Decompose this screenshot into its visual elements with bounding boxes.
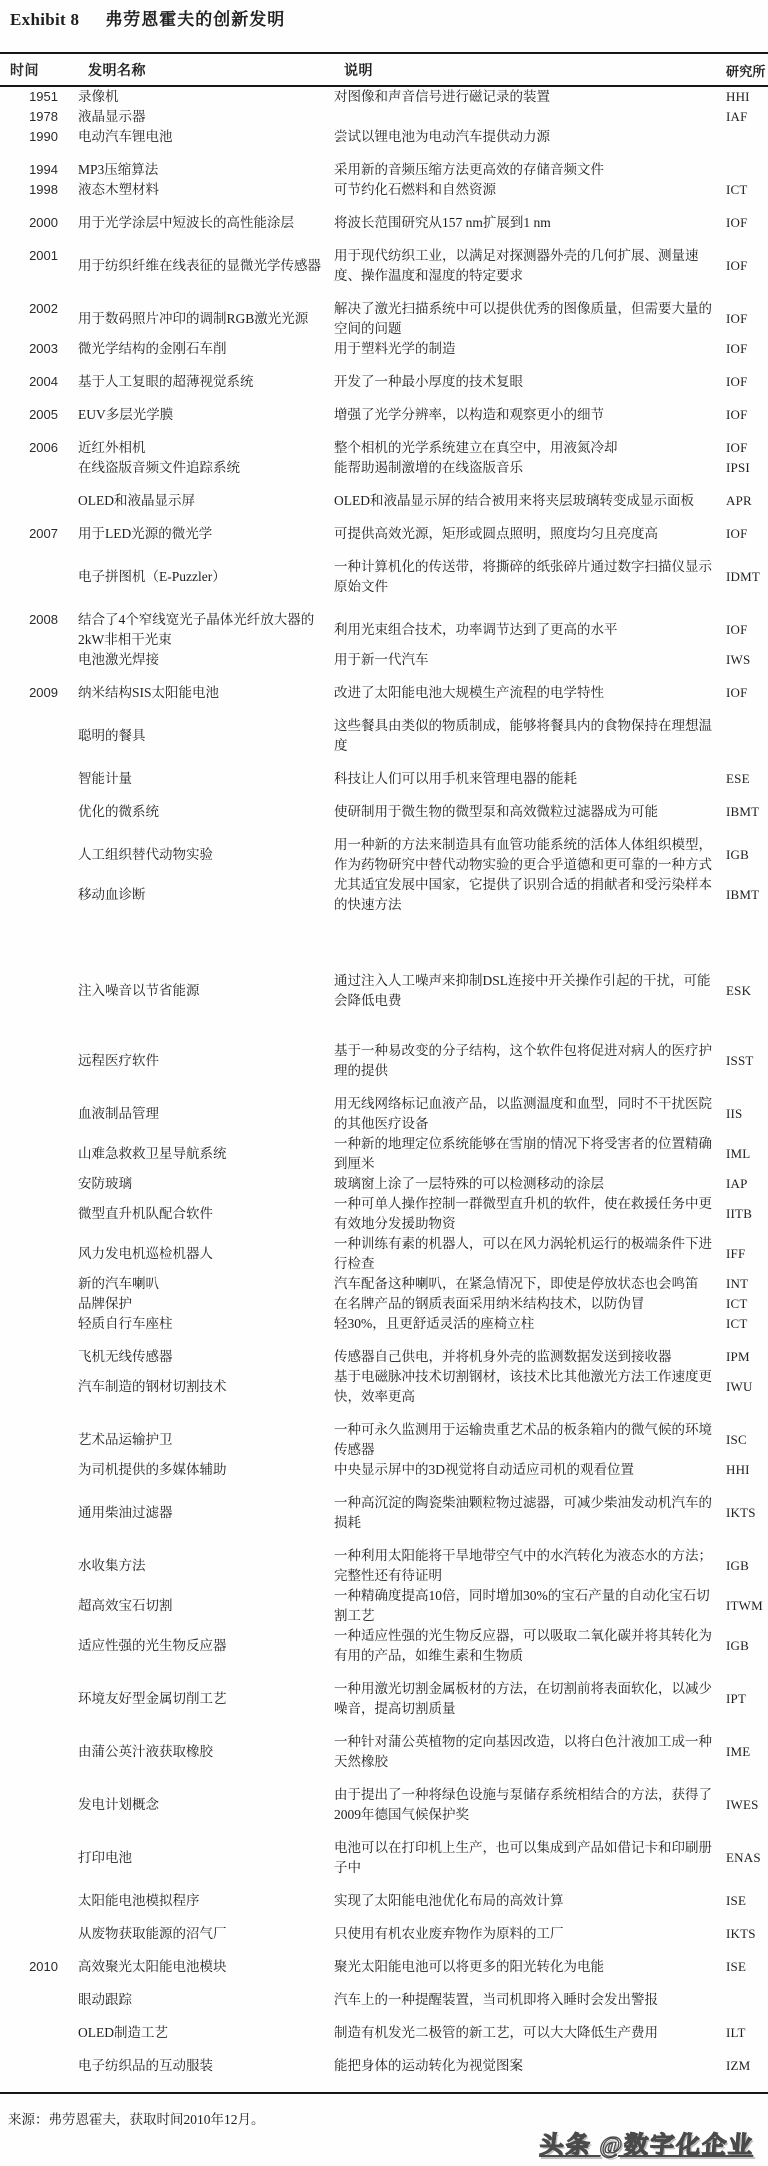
cell-institute: ICT xyxy=(726,1294,768,1314)
table-row: 飞机无线传感器传感器自己供电，并将机身外壳的监测数据发送到接收器IPM xyxy=(0,1347,768,1367)
table-row: 2008结合了4个窄线宽光子晶体光纤放大器的2kW非相干光束利用光束组合技术，功… xyxy=(0,610,768,650)
cell-invention-name: 从废物获取能源的沼气厂 xyxy=(78,1924,326,1944)
table-row: 轻质自行车座柱轻30%，且更舒适灵活的座椅立柱ICT xyxy=(0,1314,768,1334)
table-row: 优化的微系统使研制用于微生物的微型泵和高效微粒过滤器成为可能IBMT xyxy=(0,802,768,822)
cell-description: 一种精确度提高10倍，同时增加30%的宝石产量的自动化宝石切割工艺 xyxy=(334,1586,720,1626)
header-description: 说明 xyxy=(344,60,720,80)
table-row: 电子拼图机（E-Puzzler）一种计算机化的传送带，将撕碎的纸张碎片通过数字扫… xyxy=(0,557,768,597)
cell-institute: IWS xyxy=(726,650,768,670)
cell-invention-name: 优化的微系统 xyxy=(78,802,326,822)
cell-description: 开发了一种最小厚度的技术复眼 xyxy=(334,372,720,392)
table-row: 1951录像机对图像和声音信号进行磁记录的装置HHI xyxy=(0,87,768,107)
cell-year: 2002 xyxy=(0,299,58,319)
cell-invention-name: 基于人工复眼的超薄视觉系统 xyxy=(78,372,326,392)
watermark: 头条 @数字化企业 xyxy=(538,2125,755,2160)
table-row: 打印电池电池可以在打印机上生产，也可以集成到产品如借记卡和印刷册子中ENAS xyxy=(0,1838,768,1878)
cell-description: 一种可单人操作控制一群微型直升机的软件，使在救援任务中更有效地分发援助物资 xyxy=(334,1194,720,1234)
table-row: 在线盗版音频文件追踪系统能帮助遏制激增的在线盗版音乐IPSI xyxy=(0,458,768,478)
cell-description: 用于现代纺织工业，以满足对探测器外壳的几何扩展、测量速度、操作温度和湿度的特定要… xyxy=(334,246,720,286)
cell-institute: IIS xyxy=(726,1104,768,1124)
cell-institute: ENAS xyxy=(726,1848,768,1868)
cell-institute: ICT xyxy=(726,180,768,200)
table-row: OLED和液晶显示屏OLED和液晶显示屏的结合被用来将夹层玻璃转变成显示面板AP… xyxy=(0,491,768,511)
cell-institute: IWES xyxy=(726,1795,768,1815)
cell-year: 2004 xyxy=(0,372,58,392)
cell-invention-name: 为司机提供的多媒体辅助 xyxy=(78,1460,326,1480)
cell-year: 2000 xyxy=(0,213,58,233)
cell-description: 用于塑料光学的制造 xyxy=(334,339,720,359)
table-body: 1951录像机对图像和声音信号进行磁记录的装置HHI1978液晶显示器IAF19… xyxy=(0,87,768,2076)
table-row: 太阳能电池模拟程序实现了太阳能电池优化布局的高效计算ISE xyxy=(0,1891,768,1911)
table-row: 2001用于纺织纤维在线表征的显微光学传感器用于现代纺织工业，以满足对探测器外壳… xyxy=(0,246,768,286)
cell-description: 这些餐具由类似的物质制成，能够将餐具内的食物保持在理想温度 xyxy=(334,716,720,756)
cell-description: 将波长范围研究从157 nm扩展到1 nm xyxy=(334,213,720,233)
cell-invention-name: 微型直升机队配合软件 xyxy=(78,1204,326,1224)
cell-invention-name: 远程医疗软件 xyxy=(78,1051,326,1071)
cell-description: 聚光太阳能电池可以将更多的阳光转化为电能 xyxy=(334,1957,720,1977)
cell-description: 可提供高效光源，矩形或圆点照明，照度均匀且亮度高 xyxy=(334,524,720,544)
cell-invention-name: 适应性强的光生物反应器 xyxy=(78,1636,326,1656)
cell-institute: IZM xyxy=(726,2056,768,2076)
cell-institute: IKTS xyxy=(726,1503,768,1523)
cell-invention-name: 用于光学涂层中短波长的高性能涂层 xyxy=(78,213,326,233)
cell-institute: IOF xyxy=(726,213,768,233)
cell-invention-name: 水收集方法 xyxy=(78,1556,326,1576)
cell-invention-name: 由蒲公英汁液获取橡胶 xyxy=(78,1742,326,1762)
table-row: 电池激光焊接用于新一代汽车IWS xyxy=(0,650,768,670)
cell-description: 由于提出了一种将绿色设施与泵储存系统相结合的方法，获得了2009年德国气候保护奖 xyxy=(334,1785,720,1825)
cell-institute: ISE xyxy=(726,1957,768,1977)
table-row: 超高效宝石切割一种精确度提高10倍，同时增加30%的宝石产量的自动化宝石切割工艺… xyxy=(0,1586,768,1626)
table-row: 1994MP3压缩算法采用新的音频压缩方法更高效的存储音频文件 xyxy=(0,160,768,180)
table-row: 2010高效聚光太阳能电池模块聚光太阳能电池可以将更多的阳光转化为电能ISE xyxy=(0,1957,768,1977)
cell-invention-name: 电池激光焊接 xyxy=(78,650,326,670)
cell-institute: IPT xyxy=(726,1689,768,1709)
cell-institute: IOF xyxy=(726,339,768,359)
cell-institute: IML xyxy=(726,1144,768,1164)
cell-invention-name: 在线盗版音频文件追踪系统 xyxy=(78,458,326,478)
cell-invention-name: 结合了4个窄线宽光子晶体光纤放大器的2kW非相干光束 xyxy=(78,610,326,650)
cell-invention-name: 用于纺织纤维在线表征的显微光学传感器 xyxy=(78,256,326,276)
cell-invention-name: 近红外相机 xyxy=(78,438,326,458)
table-row: 血液制品管理用无线网络标记血液产品，以监测温度和血型，同时不干扰医院的其他医疗设… xyxy=(0,1094,768,1134)
table-row: 由蒲公英汁液获取橡胶一种针对蒲公英植物的定向基因改造，以将白色汁液加工成一种天然… xyxy=(0,1732,768,1772)
table-row: 眼动跟踪汽车上的一种提醒装置，当司机即将入睡时会发出警报 xyxy=(0,1990,768,2010)
table-row: 注入噪音以节省能源通过注入人工噪声来抑制DSL连接中开关操作引起的干扰，可能会降… xyxy=(0,971,768,1011)
source-note: 来源：弗劳恩霍夫，获取时间2010年12月。 xyxy=(0,2094,768,2128)
table-row: 通用柴油过滤器一种高沉淀的陶瓷柴油颗粒物过滤器，可减少柴油发动机汽车的损耗IKT… xyxy=(0,1493,768,1533)
cell-year: 1998 xyxy=(0,180,58,200)
cell-institute: IKTS xyxy=(726,1924,768,1944)
table-row: 风力发电机巡检机器人一种训练有素的机器人，可以在风力涡轮机运行的极端条件下进行检… xyxy=(0,1234,768,1274)
table-row: 聪明的餐具这些餐具由类似的物质制成，能够将餐具内的食物保持在理想温度 xyxy=(0,716,768,756)
cell-description: 改进了太阳能电池大规模生产流程的电学特性 xyxy=(334,683,720,703)
cell-invention-name: 发电计划概念 xyxy=(78,1795,326,1815)
cell-description: 在名牌产品的钢质表面采用纳米结构技术，以防伪冒 xyxy=(334,1294,720,1314)
cell-invention-name: 汽车制造的钢材切割技术 xyxy=(78,1377,326,1397)
cell-description: 一种高沉淀的陶瓷柴油颗粒物过滤器，可减少柴油发动机汽车的损耗 xyxy=(334,1493,720,1533)
cell-description: 尤其适宜发展中国家，它提供了识别合适的捐献者和受污染样本的快速方法 xyxy=(334,875,720,915)
cell-invention-name: 用于数码照片冲印的调制RGB激光光源 xyxy=(78,309,326,329)
cell-invention-name: 微光学结构的金刚石车削 xyxy=(78,339,326,359)
cell-year: 2010 xyxy=(0,1957,58,1977)
cell-invention-name: 高效聚光太阳能电池模块 xyxy=(78,1957,326,1977)
cell-invention-name: 新的汽车喇叭 xyxy=(78,1274,326,1294)
header-invention-name: 发明名称 xyxy=(88,60,336,80)
cell-invention-name: OLED制造工艺 xyxy=(78,2023,326,2043)
cell-institute: IOF xyxy=(726,256,768,276)
table-row: 1978液晶显示器IAF xyxy=(0,107,768,127)
cell-invention-name: 电子拼图机（E-Puzzler） xyxy=(78,567,326,587)
cell-invention-name: 超高效宝石切割 xyxy=(78,1596,326,1616)
cell-invention-name: MP3压缩算法 xyxy=(78,160,326,180)
cell-description: 汽车配备这种喇叭，在紧急情况下，即使是停放状态也会鸣笛 xyxy=(334,1274,720,1294)
cell-institute: IBMT xyxy=(726,802,768,822)
cell-invention-name: 品牌保护 xyxy=(78,1294,326,1314)
table-row: 移动血诊断尤其适宜发展中国家，它提供了识别合适的捐献者和受污染样本的快速方法IB… xyxy=(0,875,768,915)
cell-institute: IOF xyxy=(726,405,768,425)
cell-description: 利用光束组合技术，功率调节达到了更高的水平 xyxy=(334,620,720,640)
table-row: 安防玻璃玻璃窗上涂了一层特殊的可以检测移动的涂层IAP xyxy=(0,1174,768,1194)
cell-institute: ISST xyxy=(726,1051,768,1071)
cell-description: 汽车上的一种提醒装置，当司机即将入睡时会发出警报 xyxy=(334,1990,720,2010)
cell-institute: IGB xyxy=(726,1556,768,1576)
table-row: 2009纳米结构SIS太阳能电池改进了太阳能电池大规模生产流程的电学特性IOF xyxy=(0,683,768,703)
cell-institute: IOF xyxy=(726,683,768,703)
cell-invention-name: 通用柴油过滤器 xyxy=(78,1503,326,1523)
cell-institute: IOF xyxy=(726,438,768,458)
cell-description: 尝试以锂电池为电动汽车提供动力源 xyxy=(334,127,720,147)
cell-description: 一种利用太阳能将干旱地带空气中的水汽转化为液态水的方法；完整性还有待证明 xyxy=(334,1546,720,1586)
cell-year: 2006 xyxy=(0,438,58,458)
cell-year: 1990 xyxy=(0,127,58,147)
cell-description: OLED和液晶显示屏的结合被用来将夹层玻璃转变成显示面板 xyxy=(334,491,720,511)
inventions-table: 时间 发明名称 说明 研究所 1951录像机对图像和声音信号进行磁记录的装置HH… xyxy=(0,52,768,2094)
header-time: 时间 xyxy=(0,60,68,80)
cell-institute: IAF xyxy=(726,107,768,127)
cell-institute: IME xyxy=(726,1742,768,1762)
cell-description: 用一种新的方法来制造具有血管功能系统的活体人体组织模型，作为药物研究中替代动物实… xyxy=(334,835,720,875)
cell-year: 1951 xyxy=(0,87,58,107)
cell-invention-name: 血液制品管理 xyxy=(78,1104,326,1124)
table-row: 发电计划概念由于提出了一种将绿色设施与泵储存系统相结合的方法，获得了2009年德… xyxy=(0,1785,768,1825)
cell-year: 1978 xyxy=(0,107,58,127)
header-institute: 研究所 xyxy=(726,61,768,80)
cell-description: 能帮助遏制激增的在线盗版音乐 xyxy=(334,458,720,478)
cell-institute: ISC xyxy=(726,1430,768,1450)
cell-year: 2009 xyxy=(0,683,58,703)
cell-invention-name: 风力发电机巡检机器人 xyxy=(78,1244,326,1264)
cell-description: 使研制用于微生物的微型泵和高效微粒过滤器成为可能 xyxy=(334,802,720,822)
cell-description: 一种可永久监测用于运输贵重艺术品的板条箱内的微气候的环境传感器 xyxy=(334,1420,720,1460)
cell-description: 基于电磁脉冲技术切割钢材，该技术比其他激光方法工作速度更快，效率更高 xyxy=(334,1367,720,1407)
table-row: 智能计量科技让人们可以用手机来管理电器的能耗ESE xyxy=(0,769,768,789)
cell-institute: HHI xyxy=(726,87,768,107)
cell-invention-name: EUV多层光学膜 xyxy=(78,405,326,425)
cell-year: 2001 xyxy=(0,246,58,266)
table-row: 品牌保护在名牌产品的钢质表面采用纳米结构技术，以防伪冒ICT xyxy=(0,1294,768,1314)
cell-description: 一种用激光切割金属板材的方法，在切割前将表面软化，以减少噪音，提高切割质量 xyxy=(334,1679,720,1719)
cell-description: 传感器自己供电，并将机身外壳的监测数据发送到接收器 xyxy=(334,1347,720,1367)
cell-description: 解决了激光扫描系统中可以提供优秀的图像质量，但需要大量的空间的问题 xyxy=(334,299,720,339)
cell-year: 1994 xyxy=(0,160,58,180)
cell-description: 中央显示屏中的3D视觉将自动适应司机的观看位置 xyxy=(334,1460,720,1480)
cell-institute: IPSI xyxy=(726,458,768,478)
cell-invention-name: 液态木塑材料 xyxy=(78,180,326,200)
table-row: 人工组织替代动物实验用一种新的方法来制造具有血管功能系统的活体人体组织模型，作为… xyxy=(0,835,768,875)
table-row: 远程医疗软件基于一种易改变的分子结构，这个软件包将促进对病人的医疗护理的提供IS… xyxy=(0,1041,768,1081)
cell-year: 2007 xyxy=(0,524,58,544)
table-row: 微型直升机队配合软件一种可单人操作控制一群微型直升机的软件，使在救援任务中更有效… xyxy=(0,1194,768,1234)
cell-invention-name: 眼动跟踪 xyxy=(78,1990,326,2010)
cell-description: 一种新的地理定位系统能够在雪崩的情况下将受害者的位置精确到厘米 xyxy=(334,1134,720,1174)
cell-description: 只使用有机农业废弃物作为原料的工厂 xyxy=(334,1924,720,1944)
cell-description: 能把身体的运动转化为视觉图案 xyxy=(334,2056,720,2076)
cell-institute: IWU xyxy=(726,1377,768,1397)
cell-invention-name: 纳米结构SIS太阳能电池 xyxy=(78,683,326,703)
table-row: 2000用于光学涂层中短波长的高性能涂层将波长范围研究从157 nm扩展到1 n… xyxy=(0,213,768,233)
cell-description: 电池可以在打印机上生产，也可以集成到产品如借记卡和印刷册子中 xyxy=(334,1838,720,1878)
table-row: 1998液态木塑材料可节约化石燃料和自然资源ICT xyxy=(0,180,768,200)
cell-institute: IOF xyxy=(726,620,768,640)
cell-invention-name: 注入噪音以节省能源 xyxy=(78,981,326,1001)
cell-institute: IOF xyxy=(726,524,768,544)
page-title: Exhibit 8弗劳恩霍夫的创新发明 xyxy=(0,0,768,32)
cell-year: 2005 xyxy=(0,405,58,425)
table-row: 山难急救救卫星导航系统一种新的地理定位系统能够在雪崩的情况下将受害者的位置精确到… xyxy=(0,1134,768,1174)
cell-year: 2008 xyxy=(0,610,58,630)
cell-invention-name: 打印电池 xyxy=(78,1848,326,1868)
document-page: Exhibit 8弗劳恩霍夫的创新发明 时间 发明名称 说明 研究所 1951录… xyxy=(0,0,768,2166)
table-row: 新的汽车喇叭汽车配备这种喇叭，在紧急情况下，即使是停放状态也会鸣笛INT xyxy=(0,1274,768,1294)
cell-description: 通过注入人工噪声来抑制DSL连接中开关操作引起的干扰，可能会降低电费 xyxy=(334,971,720,1011)
table-row: 艺术品运输护卫一种可永久监测用于运输贵重艺术品的板条箱内的微气候的环境传感器IS… xyxy=(0,1420,768,1460)
cell-invention-name: 人工组织替代动物实验 xyxy=(78,845,326,865)
cell-invention-name: 飞机无线传感器 xyxy=(78,1347,326,1367)
cell-institute: IFF xyxy=(726,1244,768,1264)
cell-invention-name: 电动汽车锂电池 xyxy=(78,127,326,147)
cell-institute: ISE xyxy=(726,1891,768,1911)
table-row: 水收集方法一种利用太阳能将干旱地带空气中的水汽转化为液态水的方法；完整性还有待证… xyxy=(0,1546,768,1586)
cell-institute: IGB xyxy=(726,1636,768,1656)
cell-description: 一种适应性强的光生物反应器，可以吸取二氧化碳并将其转化为有用的产品，如维生素和生… xyxy=(334,1626,720,1666)
cell-description: 可节约化石燃料和自然资源 xyxy=(334,180,720,200)
cell-invention-name: 太阳能电池模拟程序 xyxy=(78,1891,326,1911)
cell-description: 一种针对蒲公英植物的定向基因改造，以将白色汁液加工成一种天然橡胶 xyxy=(334,1732,720,1772)
cell-institute: ESE xyxy=(726,769,768,789)
cell-invention-name: 电子纺织品的互动服装 xyxy=(78,2056,326,2076)
cell-invention-name: 艺术品运输护卫 xyxy=(78,1430,326,1450)
cell-institute: ICT xyxy=(726,1314,768,1334)
cell-invention-name: 录像机 xyxy=(78,87,326,107)
table-row: 从废物获取能源的沼气厂只使用有机农业废弃物作为原料的工厂IKTS xyxy=(0,1924,768,1944)
table-row: 环境友好型金属切削工艺一种用激光切割金属板材的方法，在切割前将表面软化，以减少噪… xyxy=(0,1679,768,1719)
table-row: 为司机提供的多媒体辅助中央显示屏中的3D视觉将自动适应司机的观看位置HHI xyxy=(0,1460,768,1480)
exhibit-label: Exhibit 8 xyxy=(10,10,79,29)
cell-institute: APR xyxy=(726,491,768,511)
cell-description: 轻30%，且更舒适灵活的座椅立柱 xyxy=(334,1314,720,1334)
table-row: 2002用于数码照片冲印的调制RGB激光光源解决了激光扫描系统中可以提供优秀的图… xyxy=(0,299,768,339)
cell-institute: ILT xyxy=(726,2023,768,2043)
cell-invention-name: 安防玻璃 xyxy=(78,1174,326,1194)
cell-institute: IITB xyxy=(726,1204,768,1224)
cell-invention-name: 山难急救救卫星导航系统 xyxy=(78,1144,326,1164)
cell-year: 2003 xyxy=(0,339,58,359)
cell-invention-name: 环境友好型金属切削工艺 xyxy=(78,1689,326,1709)
cell-institute: ITWM xyxy=(726,1596,768,1616)
cell-description: 整个相机的光学系统建立在真空中，用液氮冷却 xyxy=(334,438,720,458)
cell-institute: IOF xyxy=(726,372,768,392)
table-row: 2006近红外相机整个相机的光学系统建立在真空中，用液氮冷却IOF xyxy=(0,438,768,458)
cell-institute: IAP xyxy=(726,1174,768,1194)
cell-description: 科技让人们可以用手机来管理电器的能耗 xyxy=(334,769,720,789)
table-row: 2003微光学结构的金刚石车削用于塑料光学的制造IOF xyxy=(0,339,768,359)
title-text: 弗劳恩霍夫的创新发明 xyxy=(105,10,285,29)
cell-invention-name: 轻质自行车座柱 xyxy=(78,1314,326,1334)
table-row: 1990电动汽车锂电池尝试以锂电池为电动汽车提供动力源 xyxy=(0,127,768,147)
cell-description: 用无线网络标记血液产品，以监测温度和血型，同时不干扰医院的其他医疗设备 xyxy=(334,1094,720,1134)
table-header-row: 时间 发明名称 说明 研究所 xyxy=(0,54,768,87)
cell-invention-name: OLED和液晶显示屏 xyxy=(78,491,326,511)
cell-invention-name: 智能计量 xyxy=(78,769,326,789)
cell-institute: IBMT xyxy=(726,885,768,905)
cell-institute: INT xyxy=(726,1274,768,1294)
cell-description: 基于一种易改变的分子结构，这个软件包将促进对病人的医疗护理的提供 xyxy=(334,1041,720,1081)
cell-invention-name: 移动血诊断 xyxy=(78,885,326,905)
cell-description: 增强了光学分辨率，以构造和观察更小的细节 xyxy=(334,405,720,425)
table-row: 2004基于人工复眼的超薄视觉系统开发了一种最小厚度的技术复眼IOF xyxy=(0,372,768,392)
cell-description: 采用新的音频压缩方法更高效的存储音频文件 xyxy=(334,160,720,180)
cell-description: 制造有机发光二极管的新工艺，可以大大降低生产费用 xyxy=(334,2023,720,2043)
cell-invention-name: 聪明的餐具 xyxy=(78,726,326,746)
cell-invention-name: 用于LED光源的微光学 xyxy=(78,524,326,544)
cell-description: 实现了太阳能电池优化布局的高效计算 xyxy=(334,1891,720,1911)
table-row: 2005EUV多层光学膜增强了光学分辨率，以构造和观察更小的细节IOF xyxy=(0,405,768,425)
cell-description: 对图像和声音信号进行磁记录的装置 xyxy=(334,87,720,107)
cell-invention-name: 液晶显示器 xyxy=(78,107,326,127)
cell-institute: ESK xyxy=(726,981,768,1001)
cell-description: 一种训练有素的机器人，可以在风力涡轮机运行的极端条件下进行检查 xyxy=(334,1234,720,1274)
table-row: OLED制造工艺制造有机发光二极管的新工艺，可以大大降低生产费用ILT xyxy=(0,2023,768,2043)
table-row: 电子纺织品的互动服装能把身体的运动转化为视觉图案IZM xyxy=(0,2056,768,2076)
source-text: 来源：弗劳恩霍夫，获取时间2010年12月。 xyxy=(8,2112,265,2127)
table-row: 2007用于LED光源的微光学可提供高效光源，矩形或圆点照明，照度均匀且亮度高I… xyxy=(0,524,768,544)
cell-institute: IOF xyxy=(726,309,768,329)
table-row: 汽车制造的钢材切割技术基于电磁脉冲技术切割钢材，该技术比其他激光方法工作速度更快… xyxy=(0,1367,768,1407)
table-row: 适应性强的光生物反应器一种适应性强的光生物反应器，可以吸取二氧化碳并将其转化为有… xyxy=(0,1626,768,1666)
cell-institute: IGB xyxy=(726,845,768,865)
cell-description: 用于新一代汽车 xyxy=(334,650,720,670)
cell-institute: IPM xyxy=(726,1347,768,1367)
cell-institute: HHI xyxy=(726,1460,768,1480)
cell-institute: IDMT xyxy=(726,567,768,587)
cell-description: 一种计算机化的传送带，将撕碎的纸张碎片通过数字扫描仪显示原始文件 xyxy=(334,557,720,597)
cell-description: 玻璃窗上涂了一层特殊的可以检测移动的涂层 xyxy=(334,1174,720,1194)
